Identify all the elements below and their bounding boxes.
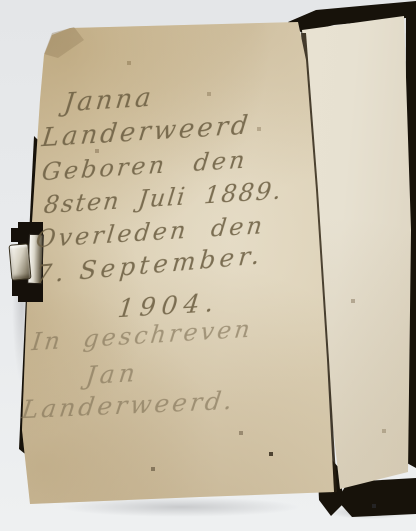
inscription-line: Jan — [84, 358, 140, 390]
clasp-tab-top — [11, 228, 22, 242]
book-photo: Janna Landerweerd Geboren den 8sten Juli… — [0, 0, 416, 531]
foxing-specks — [0, 0, 2, 2]
clasp-knob — [8, 243, 31, 281]
inscription-line: Janna — [62, 82, 155, 118]
clasp-tab-bottom — [12, 278, 23, 296]
